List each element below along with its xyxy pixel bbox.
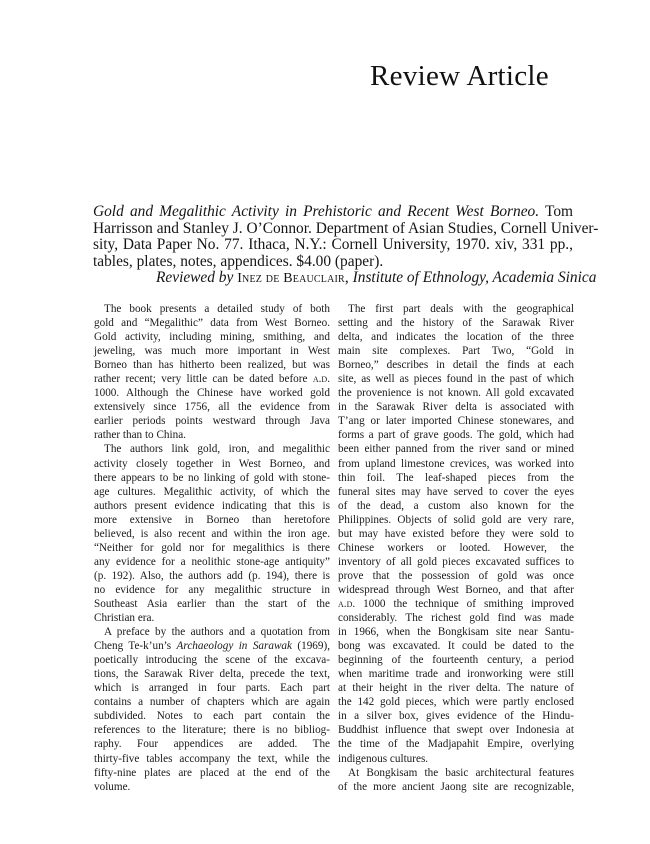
- reviewer-name: Inez de Beauclair: [237, 271, 345, 286]
- book-title: Gold and Megalithic Activity in Prehisto…: [93, 203, 539, 220]
- text-line: setting and the history of the Sarawak R…: [338, 316, 574, 330]
- text-line: a.d. 1000 the technique of smithing impr…: [338, 597, 574, 611]
- text-line: but may have existed before they were so…: [338, 527, 574, 541]
- text-line: volume.: [94, 780, 330, 794]
- text-line: indigenous cultures.: [338, 752, 574, 766]
- text-line: of the more ancient Jaong site are recog…: [338, 780, 574, 794]
- text-line: The book presents a detailed study of bo…: [94, 302, 330, 316]
- citation-line: Gold and Megalithic Activity in Prehisto…: [93, 204, 573, 221]
- text-line: age cultures. Megalithic activity, of wh…: [94, 485, 330, 499]
- text-line: in the Sarawak River delta is associated…: [338, 400, 574, 414]
- text-line: beginning of the fourteenth century, a p…: [338, 653, 574, 667]
- text-line: Philippines. Objects of solid gold are v…: [338, 513, 574, 527]
- text-line: thin foil. The leaf-shaped pieces from t…: [338, 471, 574, 485]
- text-line: raphy. Four appendices are added. The: [94, 737, 330, 751]
- text-line: delta, and indicates the location of the…: [338, 330, 574, 344]
- text-line: Borneo,” describes in detail the finds a…: [338, 358, 574, 372]
- text-line: in 1966, when the Bongkisam site near Sa…: [338, 625, 574, 639]
- text-line: rather recent; very little can be dated …: [94, 372, 330, 386]
- text-line: contains a number of chapters which are …: [94, 695, 330, 709]
- citation-line: tables, plates, notes, appendices. $4.00…: [93, 254, 573, 271]
- text-line: when maritime trade and ironworking were…: [338, 667, 574, 681]
- text-line: no evidence for any megalithic structure…: [94, 583, 330, 597]
- text-line: main site complexes. Part Two, “Gold in: [338, 344, 574, 358]
- text-line: poetically introducing the scene of the …: [94, 653, 330, 667]
- text-line: funeral sites may have served to cover t…: [338, 485, 574, 499]
- citation-line: Harrisson and Stanley J. O’Connor. Depar…: [93, 221, 573, 238]
- text-line: “Neither for gold nor for megalithics is…: [94, 541, 330, 555]
- text-line: gold and “Megalithic” data from West Bor…: [94, 316, 330, 330]
- text-line: any evidence for a neolithic stone-age a…: [94, 555, 330, 569]
- text-line: been either panned from the river sand o…: [338, 442, 574, 456]
- text-line: the time of the Madjapahit Empire, overl…: [338, 737, 574, 751]
- book-citation: Gold and Megalithic Activity in Prehisto…: [93, 204, 573, 270]
- text-line: believed, is also recent and within the …: [94, 527, 330, 541]
- text-line: thirty-five tables accompany the text, w…: [94, 752, 330, 766]
- text-line: Gold activity, including mining, smithin…: [94, 330, 330, 344]
- text-line: considerably. The richest gold find was …: [338, 611, 574, 625]
- text-line: earlier periods points westward through …: [94, 414, 330, 428]
- text-line: bong was excavated. It could be dated to…: [338, 639, 574, 653]
- text-line: Cheng Te-k’un’s Archaeology in Sarawak (…: [94, 639, 330, 653]
- text-line: more extensive in Borneo than heretofore: [94, 513, 330, 527]
- text-line: Buddhist influence that swept over Indon…: [338, 723, 574, 737]
- text-line: the 142 gold pieces, which were partly e…: [338, 695, 574, 709]
- text-line: The authors link gold, iron, and megalit…: [94, 442, 330, 456]
- cited-book-title: Archaeology in Sarawak: [177, 640, 292, 652]
- text-line: widespread through West Borneo, and that…: [338, 583, 574, 597]
- text-line: T’ang or later imported Chinese stonewar…: [338, 414, 574, 428]
- text-line: prove that the possession of gold was on…: [338, 569, 574, 583]
- text-line: 1000. Although the Chinese have worked g…: [94, 386, 330, 400]
- reviewer-prefix: Reviewed by: [156, 269, 237, 286]
- body-column-left: The book presents a detailed study of bo…: [94, 302, 330, 794]
- citation-line: sity, Data Paper No. 77. Ithaca, N.Y.: C…: [93, 237, 573, 254]
- text-line: references to the literature; there is n…: [94, 723, 330, 737]
- text-line: activity closely together in West Borneo…: [94, 457, 330, 471]
- text-line: extensively since 1756, all the evidence…: [94, 400, 330, 414]
- text-line: Borneo than has hitherto been realized, …: [94, 358, 330, 372]
- text-line: the provenience is not known. All gold e…: [338, 386, 574, 400]
- text-line: At Bongkisam the basic architectural fea…: [338, 766, 574, 780]
- text-line: there appears to be no linking of gold w…: [94, 471, 330, 485]
- text-line: rather than to China.: [94, 428, 330, 442]
- text-line: inventory of all gold pieces excavated s…: [338, 555, 574, 569]
- body-column-right: The first part deals with the geographic…: [338, 302, 574, 794]
- text-line: jeweling, was much more important in Wes…: [94, 344, 330, 358]
- text-line: site, as well as pieces found in the pas…: [338, 372, 574, 386]
- text-line: from upland limestone crevices, was work…: [338, 457, 574, 471]
- text-line: at their height in the river delta. The …: [338, 681, 574, 695]
- text-line: in a silver box, gives evidence of the H…: [338, 709, 574, 723]
- text-line: tions, the Sarawak River delta, precede …: [94, 667, 330, 681]
- text-line: forms a part of grave goods. The gold, w…: [338, 428, 574, 442]
- text-line: subdivided. Notes to each part contain t…: [94, 709, 330, 723]
- reviewer-affiliation: Institute of Ethnology, Academia Sinica: [353, 269, 597, 286]
- text-line: of the dead, a custom also known for the: [338, 499, 574, 513]
- text-line: A preface by the authors and a quotation…: [94, 625, 330, 639]
- reviewer-byline: Reviewed by Inez de Beauclair, Institute…: [156, 269, 596, 287]
- text-line: which is arranged in four parts. Each pa…: [94, 681, 330, 695]
- text-line: The first part deals with the geographic…: [338, 302, 574, 316]
- text-line: Christian era.: [94, 611, 330, 625]
- page-title: Review Article: [370, 60, 549, 93]
- text-line: (p. 192). Also, the authors add (p. 194)…: [94, 569, 330, 583]
- text-line: Chinese workers or looted. However, the: [338, 541, 574, 555]
- text-line: authors present evidence indicating that…: [94, 499, 330, 513]
- text-line: Southeast Asia earlier than the start of…: [94, 597, 330, 611]
- text-line: fifty-nine plates are placed at the end …: [94, 766, 330, 780]
